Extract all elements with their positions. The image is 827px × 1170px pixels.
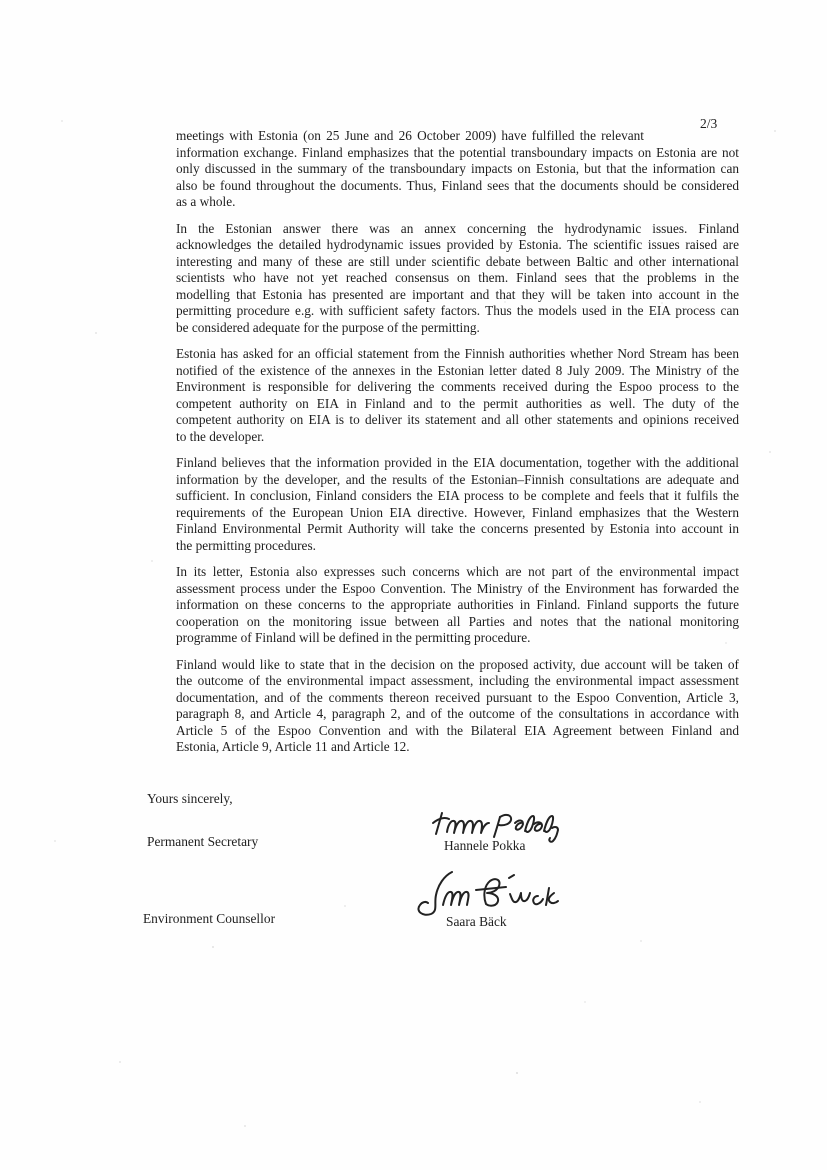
text-line: Finland would like to state that in the … [176,657,739,674]
paragraph: meetings with Estonia (on 25 June and 26… [176,128,739,211]
signatory-name-hannele-pokka: Hannele Pokka [444,838,525,854]
text-line: modelling that Estonia has presented are… [176,287,739,304]
text-line: only discussed in the summary of the tra… [176,161,739,178]
text-line: Finland Environmental Permit Authority w… [176,521,739,538]
text-line: information by the developer, and the re… [176,472,739,489]
text-line: be considered adequate for the purpose o… [176,320,739,337]
text-line: programme of Finland will be defined in … [176,630,739,647]
text-line: notified of the existence of the annexes… [176,363,739,380]
text-line: documentation, and of the comments there… [176,690,739,707]
paragraph: Finland believes that the information pr… [176,455,739,554]
text-line: requirements of the European Union EIA d… [176,505,739,522]
closing-salutation: Yours sincerely, [147,791,233,807]
text-line: In its letter, Estonia also expresses su… [176,564,739,581]
text-line: scientists who have not yet reached cons… [176,270,739,287]
text-line: as a whole. [176,194,739,211]
body-text: meetings with Estonia (on 25 June and 26… [176,128,739,766]
text-line: Article 5 of the Espoo Convention and wi… [176,723,739,740]
paragraph: Estonia has asked for an official statem… [176,346,739,445]
text-line: interesting and many of these are still … [176,254,739,271]
text-line: the permitting procedures. [176,538,739,555]
saara-back-signature-icon [412,866,568,920]
text-line: meetings with Estonia (on 25 June and 26… [176,128,644,145]
text-line: the outcome of the environmental impact … [176,673,739,690]
paragraph: In its letter, Estonia also expresses su… [176,564,739,647]
text-line: information on these concerns to the app… [176,597,739,614]
paragraph: In the Estonian answer there was an anne… [176,221,739,337]
text-line: In the Estonian answer there was an anne… [176,221,739,238]
text-line: permitting procedure e.g. with sufficien… [176,303,739,320]
text-line: Environment is responsible for deliverin… [176,379,739,396]
text-line: Estonia, Article 9, Article 11 and Artic… [176,739,739,756]
text-line: to the developer. [176,429,739,446]
text-line: Finland believes that the information pr… [176,455,739,472]
signatory-title-environment-counsellor: Environment Counsellor [143,911,275,927]
paragraph: Finland would like to state that in the … [176,657,739,756]
text-line: assessment process under the Espoo Conve… [176,581,739,598]
text-line: acknowledges the detailed hydrodynamic i… [176,237,739,254]
text-line: cooperation on the monitoring issue betw… [176,614,739,631]
text-line: competent authority on EIA in Finland an… [176,396,739,413]
text-line: competent authority on EIA is to deliver… [176,412,739,429]
signatory-title-permanent-secretary: Permanent Secretary [147,834,258,850]
document-page: 2/3 meetings with Estonia (on 25 June an… [0,0,827,1170]
text-line: information exchange. Finland emphasizes… [176,145,739,162]
text-line: paragraph 8, and Article 4, paragraph 2,… [176,706,739,723]
text-line: also be found throughout the documents. … [176,178,739,195]
text-line: Estonia has asked for an official statem… [176,346,739,363]
text-line: sufficient. In conclusion, Finland consi… [176,488,739,505]
signatory-name-saara-back: Saara Bäck [446,914,507,930]
